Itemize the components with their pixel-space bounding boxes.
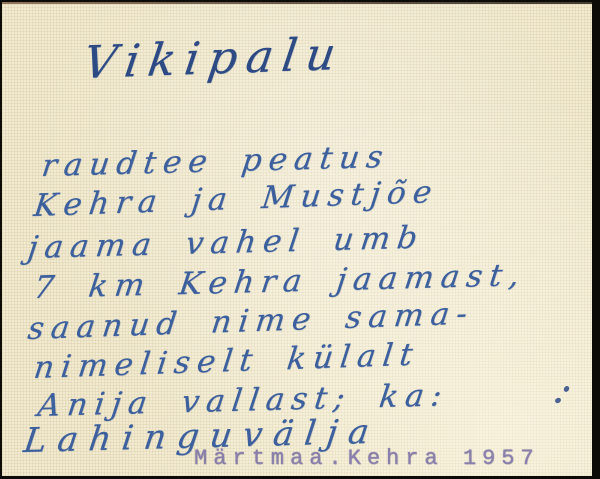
archive-index-card: Vikipalu raudtee peatus Kehra ja Mustjõe… [2, 2, 592, 476]
handwritten-line-3: jaama vahel umb [26, 220, 427, 266]
collector-date-stamp: Märtmaa.Kehra 1957 [194, 446, 540, 471]
ink-dot [554, 397, 561, 403]
ink-dot [563, 385, 570, 392]
card-title-handwritten: Vikipalu [80, 27, 348, 89]
scanned-card-photo: Vikipalu raudtee peatus Kehra ja Mustjõe… [0, 0, 600, 479]
